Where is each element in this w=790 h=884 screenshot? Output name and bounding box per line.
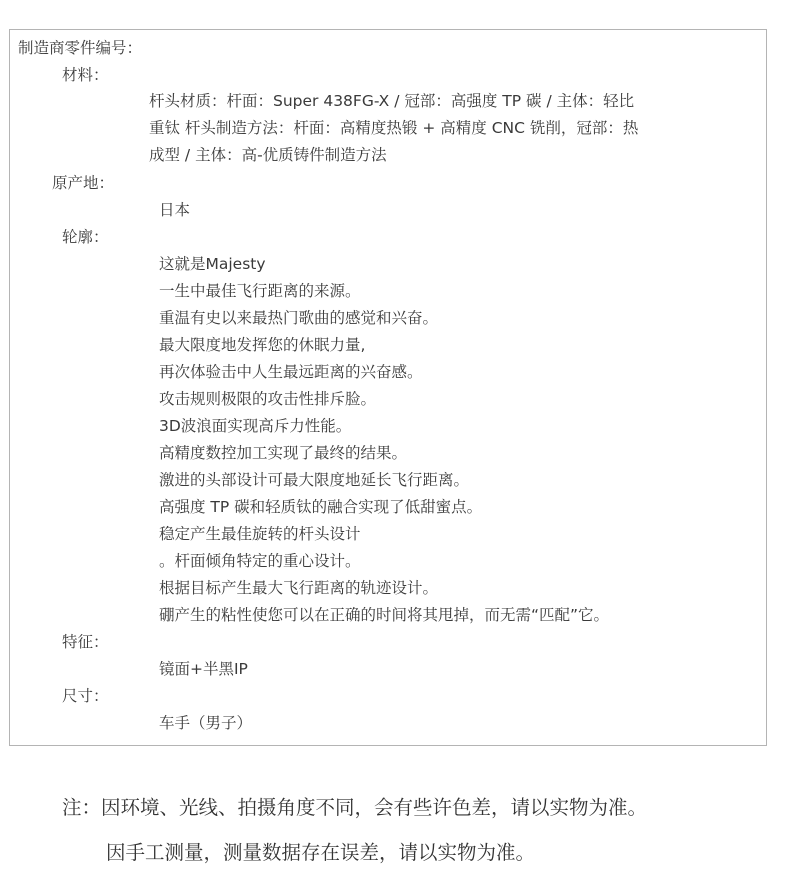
material-line: 杆头材质：杆面：Super 438FG-X / 冠部：高强度 TP 碳 / 主体… <box>149 88 724 115</box>
profile-line: 一生中最佳飞行距离的来源。 <box>159 278 734 305</box>
profile-label: 轮廓： <box>62 227 109 247</box>
profile-line: 再次体验击中人生最远距离的兴奋感。 <box>159 359 734 386</box>
profile-line: 3D波浪面实现高斥力性能。 <box>159 413 734 440</box>
profile-line: 激进的头部设计可最大限度地延长飞行距离。 <box>159 467 734 494</box>
part-number-label: 制造商零件编号： <box>18 38 142 58</box>
material-label: 材料： <box>62 65 109 85</box>
note-color-difference: 注：因环境、光线、拍摄角度不同，会有些许色差，请以实物为准。 <box>62 792 647 820</box>
note-measurement-error: 因手工测量，测量数据存在误差，请以实物为准。 <box>106 837 535 865</box>
profile-line: 硼产生的粘性使您可以在正确的时间将其甩掉，而无需“匹配”它。 <box>159 602 734 629</box>
profile-line: 重温有史以来最热门歌曲的感觉和兴奋。 <box>159 305 734 332</box>
origin-label: 原产地： <box>52 173 114 193</box>
profile-line: 高强度 TP 碳和轻质钛的融合实现了低甜蜜点。 <box>159 494 734 521</box>
material-value: 杆头材质：杆面：Super 438FG-X / 冠部：高强度 TP 碳 / 主体… <box>149 88 724 169</box>
material-line: 重钛 杆头制造方法：杆面：高精度热锻 + 高精度 CNC 铣削，冠部：热 <box>149 115 724 142</box>
size-value: 车手（男子） <box>159 713 252 733</box>
feature-label: 特征： <box>62 632 109 652</box>
profile-line: 最大限度地发挥您的休眠力量, <box>159 332 734 359</box>
origin-value: 日本 <box>159 200 190 220</box>
profile-value: 这就是Majesty 一生中最佳飞行距离的来源。 重温有史以来最热门歌曲的感觉和… <box>159 251 734 629</box>
size-label: 尺寸： <box>62 686 109 706</box>
profile-line: 这就是Majesty <box>159 251 734 278</box>
profile-line: 攻击规则极限的攻击性排斥脸。 <box>159 386 734 413</box>
material-line: 成型 / 主体：高-优质铸件制造方法 <box>149 142 724 169</box>
profile-line: 稳定产生最佳旋转的杆头设计 <box>159 521 734 548</box>
feature-value: 镜面+半黑IP <box>159 659 248 679</box>
profile-line: 高精度数控加工实现了最终的结果。 <box>159 440 734 467</box>
profile-line: 。杆面倾角特定的重心设计。 <box>159 548 734 575</box>
profile-line: 根据目标产生最大飞行距离的轨迹设计。 <box>159 575 734 602</box>
